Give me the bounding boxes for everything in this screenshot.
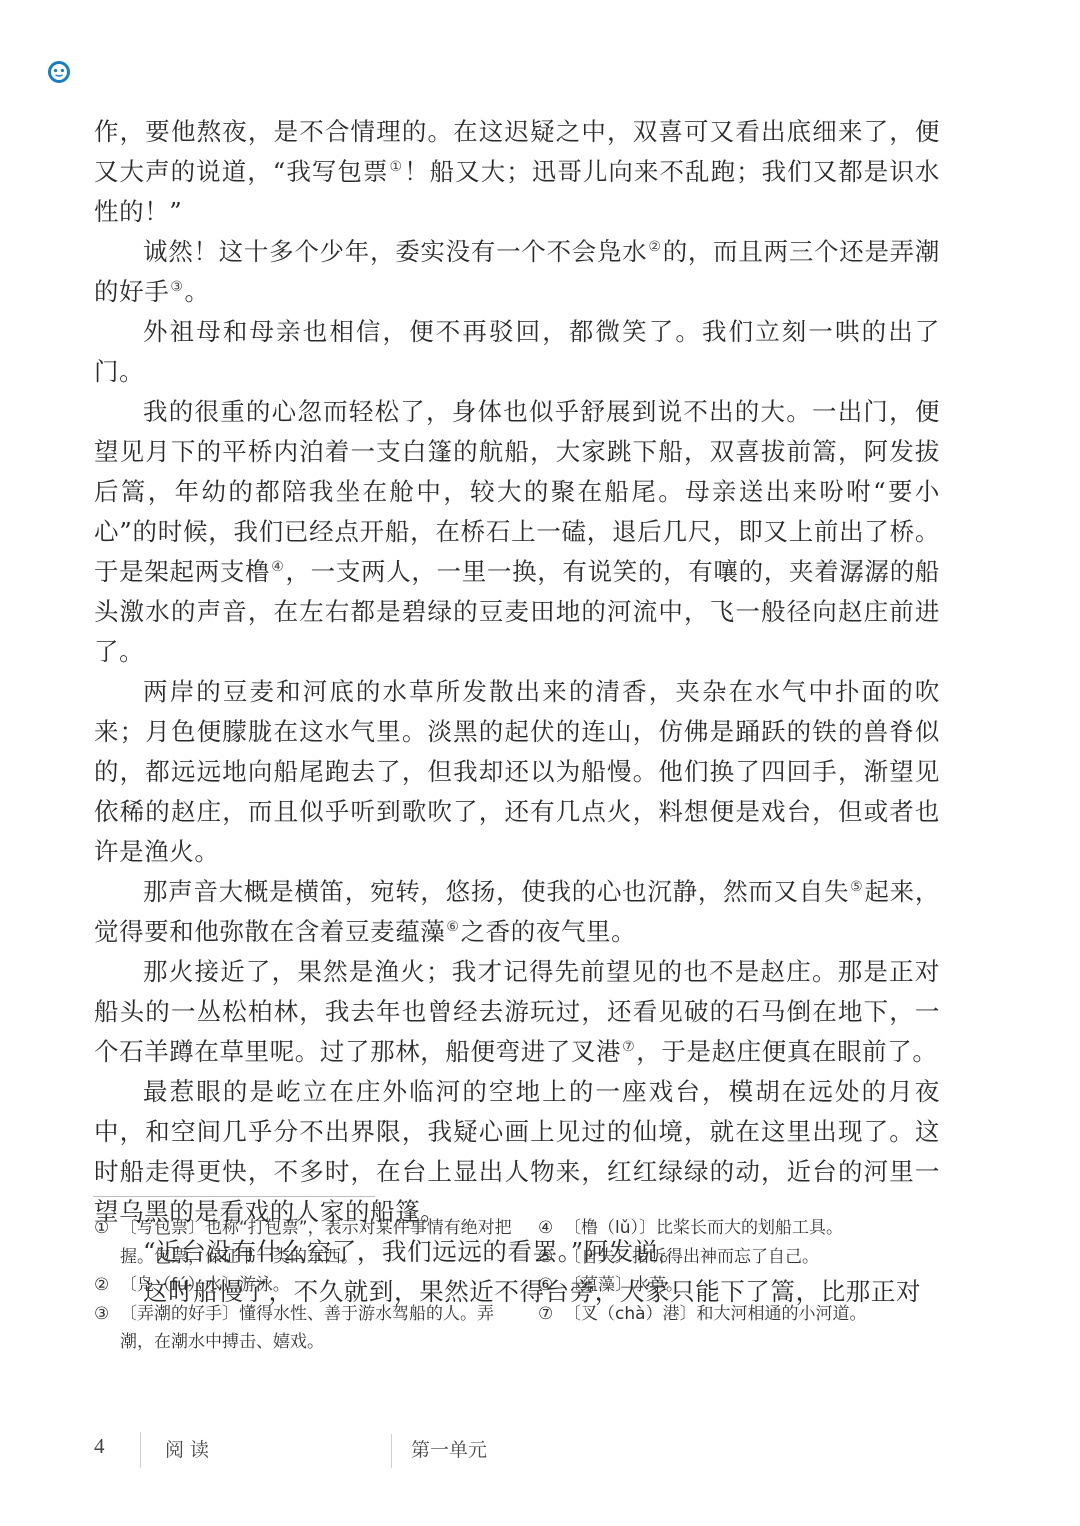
footnote-text: 〔写包票〕也称“打包票”，表示对某件事情有绝对把握。包票，保证书一类的东西。 <box>120 1214 514 1271</box>
footnote-number: ② <box>94 1271 120 1300</box>
paragraph: 那火接近了，果然是渔火；我才记得先前望见的也不是赵庄。那是正对船头的一丛松柏林，… <box>94 952 940 1072</box>
footnote-item: ②〔凫（fú）水〕游泳。 <box>94 1271 514 1300</box>
footnote-item: ⑦〔叉（chà）港〕和大河相通的小河道。 <box>538 1300 938 1329</box>
footnote-number: ① <box>94 1214 120 1271</box>
footnote-text: 〔自失〕指听得出神而忘了自己。 <box>564 1243 938 1272</box>
footnote-marker[interactable]: ① <box>390 159 404 175</box>
paragraph: 最惹眼的是屹立在庄外临河的空地上的一座戏台，模胡在远处的月夜中，和空间几乎分不出… <box>94 1072 940 1232</box>
text-segment: ，于是赵庄便真在眼前了。 <box>636 1037 937 1066</box>
unit-label: 第一单元 <box>411 1435 487 1462</box>
footnote-divider <box>93 1196 375 1197</box>
footnote-number: ⑦ <box>538 1300 564 1329</box>
smiley-face-icon <box>47 60 71 84</box>
footnote-text: 〔叉（chà）港〕和大河相通的小河道。 <box>564 1300 938 1329</box>
paragraph: 两岸的豆麦和河底的水草所发散出来的清香，夹杂在水气中扑面的吹来；月色便朦胧在这水… <box>94 672 940 872</box>
footnote-text: 〔凫（fú）水〕游泳。 <box>120 1271 514 1300</box>
paragraph: 我的很重的心忽而轻松了，身体也似乎舒展到说不出的大。一出门，便望见月下的平桥内泊… <box>94 392 940 672</box>
section-label: 阅读 <box>165 1435 215 1462</box>
paragraph: 诚然！这十多个少年，委实没有一个不会凫水②的，而且两三个还是弄潮的好手③。 <box>94 232 940 312</box>
footnote-text: 〔橹（lǔ）〕比桨长而大的划船工具。 <box>564 1214 938 1243</box>
paragraph: 那声音大概是横笛，宛转，悠扬，使我的心也沉静，然而又自失⑤起来，觉得要和他弥散在… <box>94 872 940 952</box>
footnote-item: ①〔写包票〕也称“打包票”，表示对某件事情有绝对把握。包票，保证书一类的东西。 <box>94 1214 514 1271</box>
paragraph: 外祖母和母亲也相信，便不再驳回，都微笑了。我们立刻一哄的出了门。 <box>94 312 940 392</box>
footnote-text: 〔弄潮的好手〕懂得水性、善于游水驾船的人。弄潮，在潮水中搏击、嬉戏。 <box>120 1300 514 1357</box>
footnote-number: ⑤ <box>538 1243 564 1272</box>
footnote-number: ⑥ <box>538 1271 564 1300</box>
footnote-item: ④〔橹（lǔ）〕比桨长而大的划船工具。 <box>538 1214 938 1243</box>
footnotes-left: ①〔写包票〕也称“打包票”，表示对某件事情有绝对把握。包票，保证书一类的东西。②… <box>94 1214 514 1357</box>
footer-divider <box>391 1434 392 1468</box>
text-segment: 之香的夜气里。 <box>461 917 637 946</box>
footnote-marker[interactable]: ② <box>648 239 661 255</box>
footnotes-right: ④〔橹（lǔ）〕比桨长而大的划船工具。⑤〔自失〕指听得出神而忘了自己。⑥〔蕴藻〕… <box>538 1214 938 1328</box>
footnote-text: 〔蕴藻〕水草。 <box>564 1271 938 1300</box>
paragraph: 作，要他熬夜，是不合情理的。在这迟疑之中，双喜可又看出底细来了，便又大声的说道，… <box>94 112 940 232</box>
page-number: 4 <box>94 1434 105 1459</box>
footnote-marker[interactable]: ④ <box>271 559 284 575</box>
footer-divider <box>140 1432 141 1468</box>
text-segment: 外祖母和母亲也相信，便不再驳回，都微笑了。我们立刻一哄的出了门。 <box>94 317 940 386</box>
text-segment: 。 <box>184 277 209 306</box>
footnote-number: ③ <box>94 1300 120 1357</box>
footnote-marker[interactable]: ⑥ <box>446 919 459 935</box>
footnote-item: ③〔弄潮的好手〕懂得水性、善于游水驾船的人。弄潮，在潮水中搏击、嬉戏。 <box>94 1300 514 1357</box>
footnote-marker[interactable]: ⑤ <box>850 879 863 895</box>
text-segment: 两岸的豆麦和河底的水草所发散出来的清香，夹杂在水气中扑面的吹来；月色便朦胧在这水… <box>94 677 940 866</box>
main-text: 作，要他熬夜，是不合情理的。在这迟疑之中，双喜可又看出底细来了，便又大声的说道，… <box>94 112 940 1312</box>
text-segment: 诚然！这十多个少年，委实没有一个不会凫水 <box>143 237 647 266</box>
footnote-number: ④ <box>538 1214 564 1243</box>
footnote-marker[interactable]: ⑦ <box>622 1039 635 1055</box>
footnote-item: ⑤〔自失〕指听得出神而忘了自己。 <box>538 1243 938 1272</box>
text-segment: 那声音大概是横笛，宛转，悠扬，使我的心也沉静，然而又自失 <box>143 877 849 906</box>
page-footer: 4 阅读 第一单元 <box>0 1434 1080 1474</box>
footnote-item: ⑥〔蕴藻〕水草。 <box>538 1271 938 1300</box>
footnote-marker[interactable]: ③ <box>170 279 183 295</box>
text-segment: 最惹眼的是屹立在庄外临河的空地上的一座戏台，模胡在远处的月夜中，和空间几乎分不出… <box>94 1077 940 1226</box>
